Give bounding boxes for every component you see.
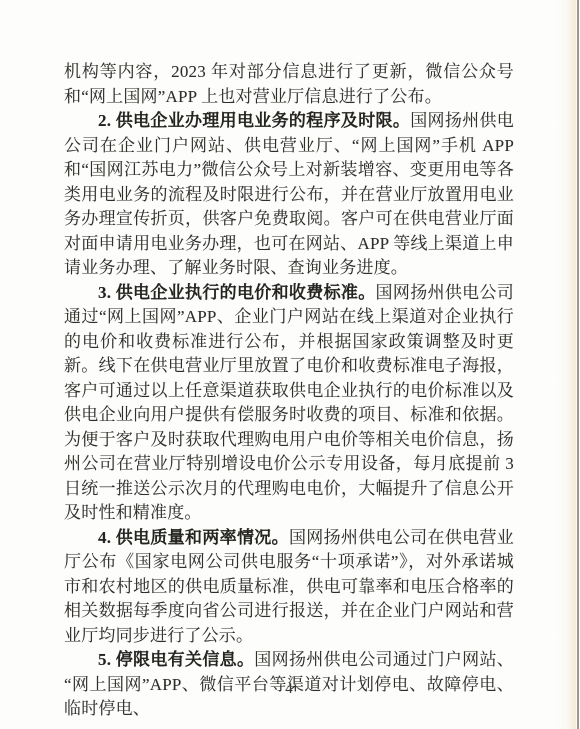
paragraph-section-3: 3. 供电企业执行的电价和收费标准。国网扬州供电公司通过“网上国网”APP、企业… (64, 281, 514, 526)
section-4-heading: 4. 供电质量和两率情况。 (98, 528, 289, 547)
document-body: 机构等内容，2023 年对部分信息进行了更新，微信公众号和“网上国网”APP 上… (64, 60, 514, 722)
paragraph-continuation: 机构等内容，2023 年对部分信息进行了更新，微信公众号和“网上国网”APP 上… (64, 60, 514, 109)
paragraph-text: 国网扬州供电公司在企业门户网站、供电营业厅、“网上国网”手机 APP 和“国网江… (64, 111, 514, 277)
section-5-heading: 5. 停限电有关信息。 (98, 650, 254, 669)
section-2-heading: 2. 供电企业办理用电业务的程序及时限。 (98, 111, 410, 130)
section-3-heading: 3. 供电企业执行的电价和收费标准。 (98, 283, 376, 302)
scan-edge-line (577, 0, 579, 729)
page-number: 4 (64, 681, 514, 698)
paragraph-section-2: 2. 供电企业办理用电业务的程序及时限。国网扬州供电公司在企业门户网站、供电营业… (64, 109, 514, 281)
paragraph-text: 国网扬州供电公司通过“网上国网”APP、企业门户网站在线上渠道对企业执行的电价和… (64, 283, 514, 523)
document-page: 机构等内容，2023 年对部分信息进行了更新，微信公众号和“网上国网”APP 上… (0, 0, 580, 729)
paragraph-section-4: 4. 供电质量和两率情况。国网扬州供电公司在供电营业厅公布《国家电网公司供电服务… (64, 526, 514, 649)
scan-edge-shade (567, 0, 576, 729)
paragraph-text: 机构等内容，2023 年对部分信息进行了更新，微信公众号和“网上国网”APP 上… (64, 62, 514, 106)
